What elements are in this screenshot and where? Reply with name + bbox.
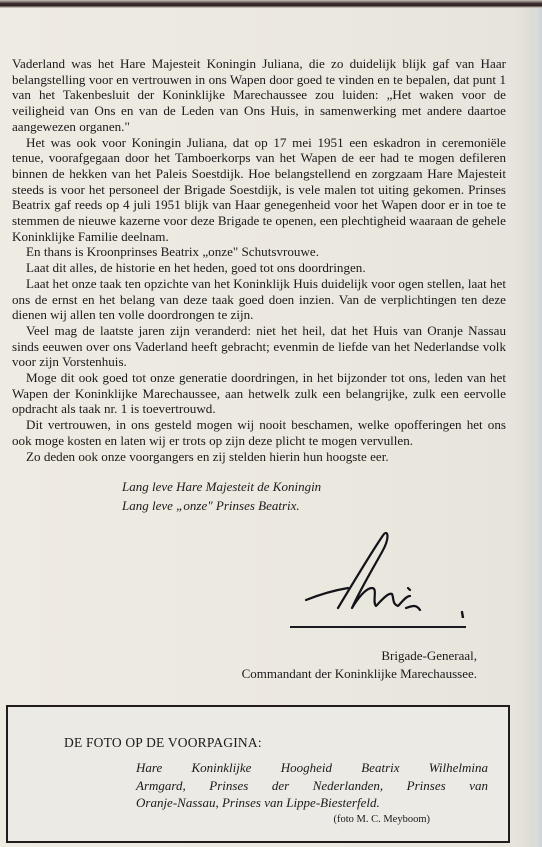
signatory-block: Brigade-Generaal, Commandant der Koninkl… (242, 647, 477, 683)
page-right-edge (530, 8, 542, 847)
article-paragraph: Laat het onze taak ten opzichte van het … (12, 276, 506, 323)
caption-line: Hare Koninklijke Hoogheid Beatrix Wilhel… (136, 759, 488, 777)
page-top-edge (0, 0, 542, 8)
article-paragraph: Dit vertrouwen, in ons gesteld mogen wij… (12, 417, 506, 448)
caption-line: Armgard, Prinses der Nederlanden, Prinse… (136, 777, 488, 795)
closing-cheers: Lang leve Hare Majesteit de Koningin Lan… (122, 477, 321, 515)
cheer-line: Lang leve „onze" Prinses Beatrix. (122, 496, 321, 515)
cheer-line: Lang leve Hare Majesteit de Koningin (122, 477, 321, 496)
article-paragraph: Zo deden ook onze voorgangers en zij ste… (12, 449, 506, 465)
article-paragraph: Veel mag de laatste jaren zijn veranderd… (12, 323, 506, 370)
photo-credit: (foto M. C. Meyboom) (333, 814, 430, 825)
article-paragraph: Vaderland was het Hare Majesteit Koningi… (12, 56, 506, 135)
article-paragraph: Laat dit alles, de historie en het heden… (12, 260, 506, 276)
article-paragraph: Het was ook voor Koningin Juliana, dat o… (12, 135, 506, 245)
caption-heading: DE FOTO OP DE VOORPAGINA: (64, 735, 262, 751)
signatory-title: Commandant der Koninklijke Marechaussee. (242, 665, 477, 683)
article-paragraph: Moge dit ook goed tot onze generatie doo… (12, 370, 506, 417)
signatory-rank: Brigade-Generaal, (242, 647, 477, 665)
caption-line: Oranje-Nassau, Prinses van Lippe-Biester… (136, 794, 488, 812)
cover-photo-caption-box: DE FOTO OP DE VOORPAGINA: Hare Koninklij… (6, 705, 510, 843)
article-paragraph: En thans is Kroonprinses Beatrix „onze" … (12, 244, 506, 260)
handwritten-signature-icon (296, 528, 476, 618)
signature-line (290, 626, 466, 628)
magazine-page: Vaderland was het Hare Majesteit Koningi… (0, 0, 542, 847)
article-body: Vaderland was het Hare Majesteit Koningi… (12, 56, 506, 464)
caption-text: Hare Koninklijke Hoogheid Beatrix Wilhel… (136, 759, 488, 812)
